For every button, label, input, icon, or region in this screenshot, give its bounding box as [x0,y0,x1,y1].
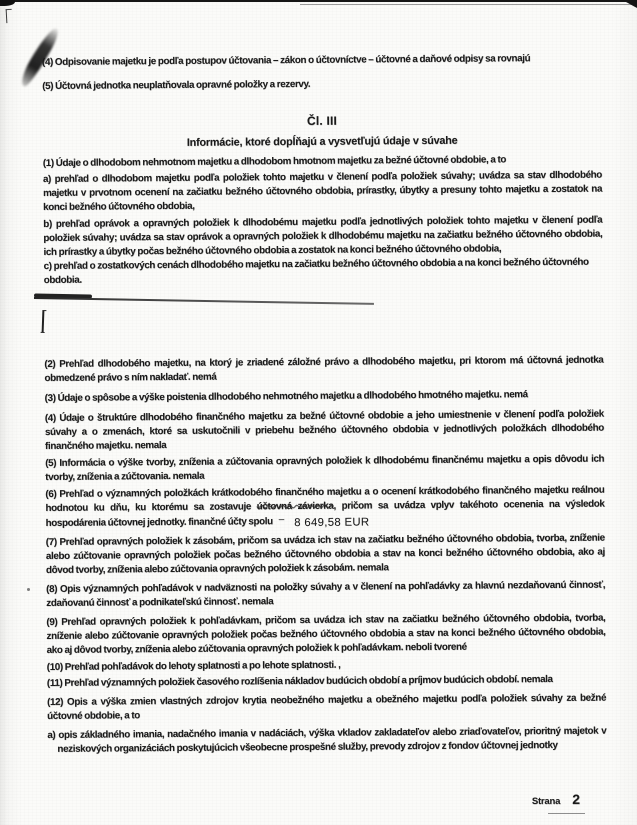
para-12a: a) opis základného imania, nadačného ima… [47,725,606,757]
para-6: (6) Prehľad o významných položkách krátk… [45,484,604,531]
amount-dash: – [279,514,285,525]
para-1c: c) prehľad o zostatkových cenách dlhodob… [44,256,603,288]
para-1: (1) Údaje o dlhodobom nehmotnom majetku … [43,153,602,171]
article-subheading: Informácie, ktoré dopĺňajú a vysvetľujú … [43,133,602,151]
footer-underline [548,813,585,814]
page-footer: Strana2 [532,791,580,809]
intro-item-5: (5) Účtovná jednotka neuplatňovala oprav… [42,76,601,94]
scribbled-phrase: účtovná závierka [257,501,334,513]
blank-gap [44,284,604,358]
para-2: (2) Prehľad dlhodobého majetku, na ktorý… [44,354,603,386]
amount-value: 8 649,58 EUR [294,516,369,529]
para-7: (7) Prehľad opravných položiek k zásobám… [46,532,605,578]
para-4: (4) Údaje o štruktúre dlhodobého finančn… [45,408,604,454]
intro-item-4: (4) Odpisovanie majetku je podľa postupo… [42,52,601,70]
scanned-document-page: (4) Odpisovanie majetku je podľa postupo… [0,0,637,825]
article-heading: Čl. III [42,112,601,130]
document-content: (4) Odpisovanie majetku je podľa postupo… [0,0,637,757]
para-8: (8) Opis významných pohľadávok v nadväzn… [46,579,605,611]
para-1a: a) prehľad o dlhodobom majetku podľa pol… [43,169,602,215]
footer-page-number: 2 [572,791,580,807]
para-9: (9) Prehľad opravných položiek k pohľadá… [46,612,605,658]
footer-page-label: Strana [532,796,560,807]
para-10: (10) Prehľad pohľadávok do lehoty splatn… [47,657,606,675]
para-3: (3) Údaje o spôsobe a výške poistenia dl… [45,388,604,406]
para-12: (12) Opis a výška zmien vlastných zdrojo… [47,692,606,724]
para-11: (11) Prehľad významných položiek časovéh… [47,673,606,691]
para-1b: b) prehľad oprávok a opravných položiek … [43,214,602,260]
para-5: (5) Informácia o výške tvorby, zníženia … [45,453,604,485]
